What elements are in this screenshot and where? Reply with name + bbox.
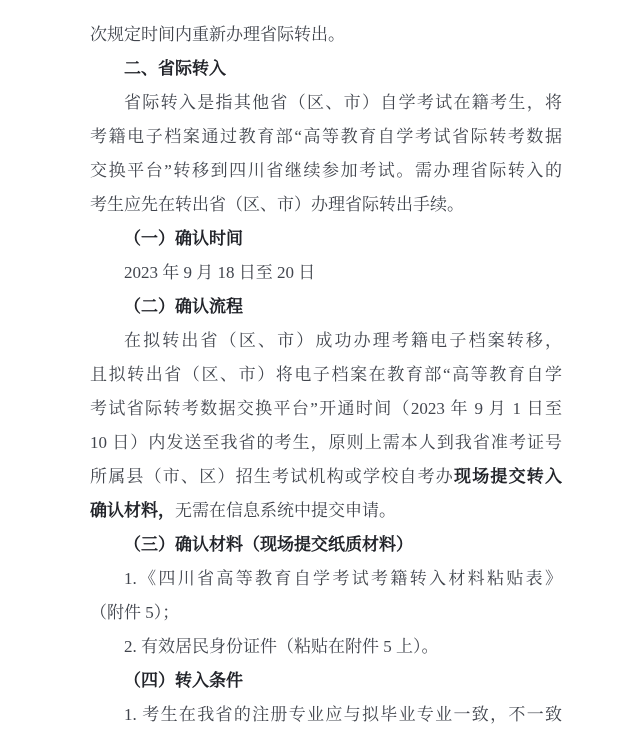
document-page: 次规定时间内重新办理省际转出。二、省际转入省际转入是指其他省（区、市）自学考试在… [0, 0, 635, 738]
text-segment: 2023 年 9 月 18 日至 20 日 [124, 263, 315, 282]
section-heading-2-3: （三）确认材料（现场提交纸质材料） [90, 528, 562, 562]
text-segment: 考试省际转考数据交换平台”开通时间（2023 年 9 月 1 日至 [90, 399, 562, 418]
bold-text-segment: 现场提交转入 [454, 467, 562, 486]
bold-text-segment: 确认材料， [90, 501, 175, 520]
text-segment: 1.《四川省高等教育自学考试考籍转入材料粘贴表》 [124, 569, 562, 588]
text-segment: 省际转入是指其他省（区、市）自学考试在籍考生，将 [124, 93, 562, 112]
paragraph-line: 考生应先在转出省（区、市）办理省际转出手续。 [90, 188, 562, 222]
section-heading-2-1: （一）确认时间 [90, 222, 562, 256]
paragraph-line: 10 日）内发送至我省的考生，原则上需本人到我省准考证号 [90, 426, 562, 460]
paragraph-line: 交换平台”转移到四川省继续参加考试。需办理省际转入的 [90, 154, 562, 188]
list-item-1b: 1. 考生在我省的注册专业应与拟毕业专业一致，不一致 [90, 698, 562, 732]
text-segment: 1. 考生在我省的注册专业应与拟毕业专业一致，不一致 [124, 705, 562, 724]
list-item-2: 2. 有效居民身份证件（粘贴在附件 5 上）。 [90, 630, 562, 664]
section-heading-2-2: （二）确认流程 [90, 290, 562, 324]
text-segment: 在拟转出省（区、市）成功办理考籍电子档案转移， [124, 331, 562, 350]
paragraph-line: 所属县（市、区）招生考试机构或学校自考办现场提交转入 [90, 460, 562, 494]
bold-text-segment: （二）确认流程 [124, 297, 243, 316]
text-segment: 无需在信息系统中提交申请。 [175, 501, 396, 520]
confirmation-date: 2023 年 9 月 18 日至 20 日 [90, 256, 562, 290]
paragraph-line: 确认材料，无需在信息系统中提交申请。 [90, 494, 562, 528]
bold-text-segment: 二、省际转入 [124, 59, 226, 78]
bold-text-segment: （一）确认时间 [124, 229, 243, 248]
paragraph-line: 考籍电子档案通过教育部“高等教育自学考试省际转考数据 [90, 120, 562, 154]
text-segment: 交换平台”转移到四川省继续参加考试。需办理省际转入的 [90, 161, 562, 180]
text-segment: 所属县（市、区）招生考试机构或学校自考办 [90, 467, 454, 486]
paragraph-line: 省际转入是指其他省（区、市）自学考试在籍考生，将 [90, 86, 562, 120]
text-segment: （附件 5）； [90, 603, 179, 622]
text-segment: 10 日）内发送至我省的考生，原则上需本人到我省准考证号 [90, 433, 562, 452]
bold-text-segment: （四）转入条件 [124, 671, 243, 690]
paragraph-line: 考试省际转考数据交换平台”开通时间（2023 年 9 月 1 日至 [90, 392, 562, 426]
text-segment: 次规定时间内重新办理省际转出。 [90, 25, 345, 44]
text-segment: 考籍电子档案通过教育部“高等教育自学考试省际转考数据 [90, 127, 562, 146]
text-segment: 2. 有效居民身份证件（粘贴在附件 5 上）。 [124, 637, 439, 656]
paragraph-line: 次规定时间内重新办理省际转出。 [90, 18, 562, 52]
section-heading-2: 二、省际转入 [90, 52, 562, 86]
bold-text-segment: （三）确认材料（现场提交纸质材料） [124, 535, 413, 554]
text-segment: 且拟转出省（区、市）将电子档案在教育部“高等教育自学 [90, 365, 562, 384]
list-item-1: 1.《四川省高等教育自学考试考籍转入材料粘贴表》 [90, 562, 562, 596]
paragraph-line: 在拟转出省（区、市）成功办理考籍电子档案转移， [90, 324, 562, 358]
list-item-1-cont: （附件 5）； [90, 596, 562, 630]
section-heading-2-4: （四）转入条件 [90, 664, 562, 698]
text-segment: 考生应先在转出省（区、市）办理省际转出手续。 [90, 195, 464, 214]
paragraph-line: 且拟转出省（区、市）将电子档案在教育部“高等教育自学 [90, 358, 562, 392]
